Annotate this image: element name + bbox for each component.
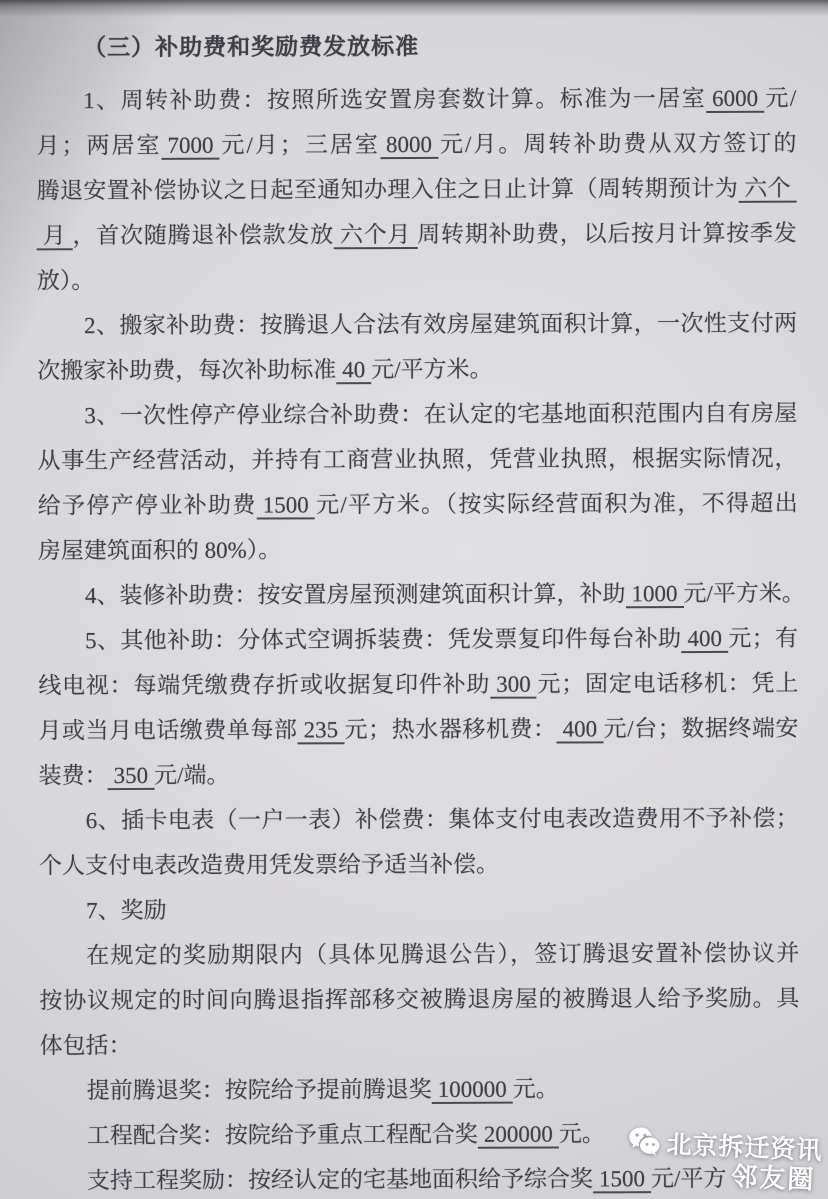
text-segment: 元/端。: [154, 763, 229, 788]
text-segment: 元/平方米。: [683, 581, 804, 606]
text-segment: 元；有: [728, 626, 798, 651]
underlined-value: 200000: [478, 1121, 559, 1148]
underlined-value: 6000: [706, 86, 764, 113]
document-body: （三）补助费和奖励费发放标准1、周转补助费：按照所选安置房套数计算。标准为一居室…: [0, 0, 828, 1199]
underlined-value: 六个月: [334, 222, 417, 249]
document-photo: （三）补助费和奖励费发放标准1、周转补助费：按照所选安置房套数计算。标准为一居室…: [0, 0, 828, 1199]
section-heading: （三）补助费和奖励费发放标准: [36, 23, 796, 71]
document-line: 7、奖励: [39, 886, 799, 934]
text-segment: 从事生产经营活动，并持有工商营业执照，凭营业执照，根据实际情况，: [37, 446, 797, 474]
underlined-value: 8000: [380, 132, 438, 159]
document-lines: （三）补助费和奖励费发放标准1、周转补助费：按照所选安置房套数计算。标准为一居室…: [36, 23, 800, 1199]
text-segment: 个人支付电表改造费用凭发票给予适当补偿。: [39, 852, 499, 879]
text-segment: 6、插卡电表（一户一表）补偿费：集体支付电表改造费用不予补偿；: [86, 806, 799, 833]
watermark: 北京拆迁资讯 邻友圈: [626, 1123, 824, 1197]
text-segment: 支持工程奖励：按经认定的宅基地面积给予综合奖: [87, 1166, 593, 1193]
underlined-value: 1500: [257, 492, 315, 519]
document-line: 1、周转补助费：按照所选安置房套数计算。标准为一居室6000元/: [36, 76, 796, 124]
text-segment: 3、一次性停产停业综合补助费：在认定的宅基地面积范围内自有房屋: [84, 401, 797, 428]
document-line: 按协议规定的时间向腾退指挥部移交被腾退房屋的被腾退人给予奖励。具: [39, 976, 799, 1024]
text-segment: 在规定的奖励期限内（具体见腾退公告），签订腾退安置补偿协议并: [86, 941, 799, 968]
text-segment: ，首次随腾退补偿款发放: [72, 222, 334, 248]
text-segment: 体包括：: [40, 1033, 132, 1058]
document-line: 放）。: [37, 256, 797, 304]
text-segment: 周转期补助费，以后按月计算按季发: [417, 221, 797, 247]
text-segment: 元。: [513, 1076, 559, 1101]
document-line: 月，首次随腾退补偿款发放六个月周转期补助费，以后按月计算按季发: [37, 211, 797, 259]
text-segment: （三）补助费和奖励费发放标准: [83, 34, 419, 60]
text-segment: 2、搬家补助费：按腾退人合法有效房屋建筑面积计算，一次性支付两: [84, 311, 797, 338]
text-segment: 工程配合奖：按院给予重点工程配合奖: [87, 1122, 478, 1148]
text-segment: 房屋建筑面积的 80%）。: [38, 537, 282, 563]
document-line: 5、其他补助：分体式空调拆装费：凭发票复印件每台补助400元；有: [38, 616, 798, 664]
text-segment: 4、装修补助费：按安置房屋预测建筑面积计算，补助: [85, 581, 626, 608]
text-segment: 月；两居室: [36, 133, 161, 158]
text-segment: 元；热水器移机费：: [344, 717, 557, 743]
document-line: 房屋建筑面积的 80%）。: [38, 526, 798, 574]
text-segment: 5、其他补助：分体式空调拆装费：凭发票复印件每台补助: [85, 626, 681, 653]
document-line: 线电视：每端凭缴费存折或收据复印件补助300元；固定电话移机：凭上: [38, 661, 798, 709]
underlined-value: 400: [681, 626, 728, 653]
underlined-value: 235: [298, 717, 345, 744]
text-segment: 装费：: [39, 763, 108, 788]
document-line: 4、装修补助费：按安置房屋预测建筑面积计算，补助1000元/平方米。: [38, 571, 798, 619]
document-line: 2、搬家补助费：按腾退人合法有效房屋建筑面积计算，一次性支付两: [37, 301, 797, 349]
text-segment: 给予停产停业补助费: [38, 493, 257, 519]
text-segment: 提前腾退奖：按院给予提前腾退奖: [87, 1077, 432, 1103]
text-segment: 放）。: [37, 268, 95, 293]
wechat-icon: [627, 1125, 662, 1158]
underlined-value: 六个: [738, 176, 796, 203]
document-line: 6、插卡电表（一户一表）补偿费：集体支付电表改造费用不予补偿；: [39, 796, 799, 844]
underlined-value: 月: [37, 223, 73, 250]
document-line: 次搬家补助费，每次补助标准40元/平方米。: [37, 346, 797, 394]
text-segment: 元/平方米。: [371, 357, 492, 382]
text-segment: 7、奖励: [86, 898, 167, 923]
underlined-value: 7000: [161, 133, 219, 160]
text-segment: 元/平方米。（按实际经营面积为准，不得超出: [315, 491, 798, 518]
text-segment: 元/月；三居室: [219, 132, 380, 158]
document-line: 月或当月电话缴费单每部235元；热水器移机费：400元/台；数据终端安: [38, 706, 798, 754]
document-line: 从事生产经营活动，并持有工商营业执照，凭营业执照，根据实际情况，: [37, 436, 797, 484]
underlined-value: 350: [108, 763, 155, 790]
text-segment: 元/台；数据终端安: [603, 716, 798, 742]
underlined-value: 300: [490, 672, 537, 699]
text-segment: 次搬家补助费，每次补助标准: [37, 357, 336, 383]
text-segment: 1、周转补助费：按照所选安置房套数计算。标准为一居室: [83, 86, 706, 113]
text-segment: 腾退安置补偿协议之日起至通知办理入住之日止计算（周转期预计为: [37, 176, 739, 203]
document-line: 体包括：: [39, 1021, 799, 1069]
text-segment: 元/月。周转补助费从双方签订的: [438, 131, 797, 157]
document-line: 腾退安置补偿协议之日起至通知办理入住之日止计算（周转期预计为六个: [36, 166, 796, 214]
document-line: 在规定的奖励期限内（具体见腾退公告），签订腾退安置补偿协议并: [39, 931, 799, 979]
text-segment: 线电视：每端凭缴费存折或收据复印件补助: [38, 672, 490, 699]
document-line: 装费：350元/端。: [39, 751, 799, 799]
text-segment: 月或当月电话缴费单每部: [38, 717, 297, 743]
underlined-value: 400: [557, 716, 604, 743]
text-segment: 按协议规定的时间向腾退指挥部移交被腾退房屋的被腾退人给予奖励。具: [39, 986, 799, 1014]
document-line: 月；两居室7000元/月；三居室8000元/月。周转补助费从双方签订的: [36, 121, 796, 169]
underlined-value: 100000: [432, 1077, 513, 1104]
text-segment: 元；固定电话移机：凭上: [537, 671, 799, 697]
document-line: 给予停产停业补助费1500元/平方米。（按实际经营面积为准，不得超出: [38, 481, 798, 529]
text-segment: 元/: [764, 86, 796, 111]
document-line: 提前腾退奖：按院给予提前腾退奖100000元。: [40, 1066, 800, 1114]
document-line: 3、一次性停产停业综合补助费：在认定的宅基地面积范围内自有房屋: [37, 391, 797, 439]
text-segment: 元。: [559, 1121, 605, 1146]
underlined-value: 1000: [625, 581, 683, 608]
document-line: 个人支付电表改造费用凭发票给予适当补偿。: [39, 841, 799, 889]
underlined-value: 40: [336, 357, 371, 384]
